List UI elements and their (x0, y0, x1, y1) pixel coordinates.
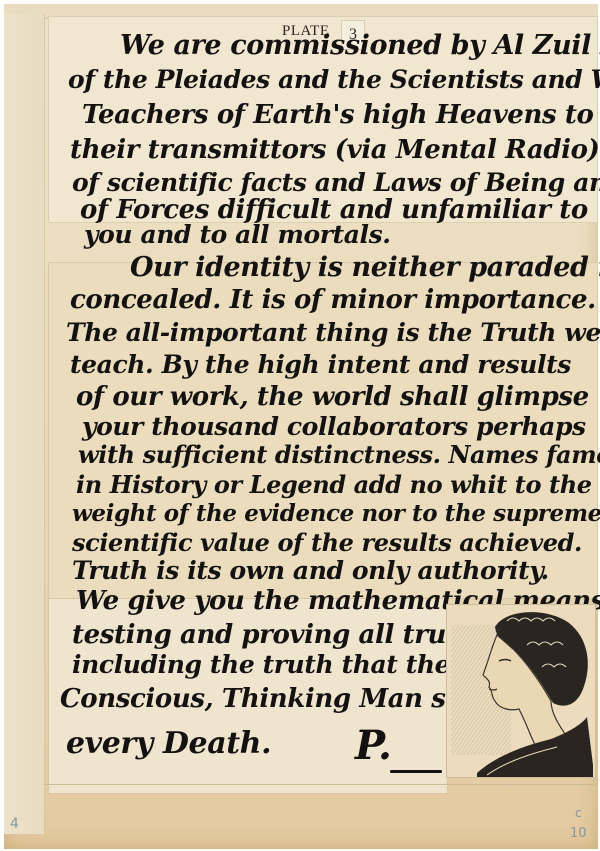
text-line: of the Pleiades and the Scientists and W… (68, 65, 600, 94)
text-line: in History or Legend add no whit to the (76, 470, 592, 499)
text-line: their transmittors (via Mental Radio) (70, 135, 599, 165)
text-line: your thousand collaborators perhaps (82, 412, 586, 441)
pencil-mark-right: 10 (570, 826, 587, 841)
text-line: of our work, the world shall glimpse (76, 382, 589, 412)
text-line: testing and proving all truths, (72, 620, 499, 650)
text-line: Truth is its own and only authority. (72, 556, 549, 585)
text-line: with sufficient distinctness. Names fame… (78, 440, 600, 469)
text-line: The all-important thing is the Truth we (66, 318, 600, 347)
text-line: scientific value of the results achieved… (72, 528, 582, 557)
text-line: Teachers of Earth's high Heavens to be (82, 100, 600, 130)
pencil-mark-right-top: c (575, 806, 582, 820)
text-line: concealed. It is of minor importance. (70, 285, 596, 315)
text-line: weight of the evidence nor to the suprem… (72, 500, 600, 527)
bottom-margin-rule (44, 784, 596, 785)
signature: P. (355, 722, 392, 769)
text-line: We are commissioned by Al Zuil Bel (120, 30, 600, 61)
left-paper-strip (4, 14, 45, 834)
profile-portrait-icon (447, 605, 595, 777)
portrait-engraving (446, 604, 596, 778)
text-line: you and to all mortals. (84, 220, 391, 249)
text-line: Our identity is neither paraded nor (130, 252, 600, 283)
text-line: of scientific facts and Laws of Being an… (72, 168, 600, 197)
signature-flourish (390, 770, 442, 773)
text-line: every Death. (66, 726, 271, 761)
pencil-mark-left: 4 (10, 816, 19, 832)
text-line: teach. By the high intent and results (70, 350, 571, 379)
